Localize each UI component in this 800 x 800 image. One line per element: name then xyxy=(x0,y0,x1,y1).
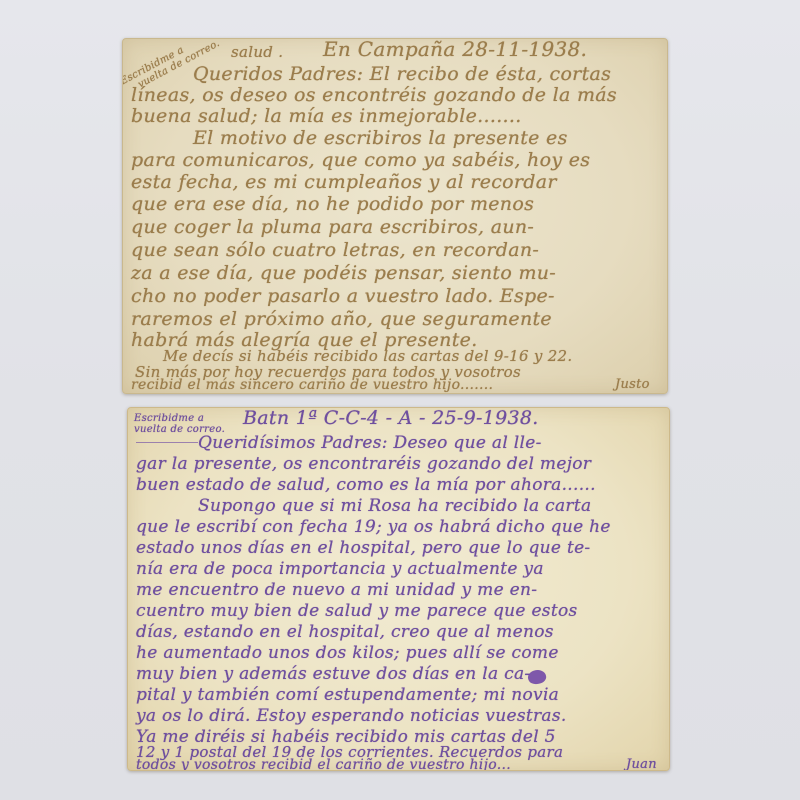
place-date: En Campaña 28-11-1938. xyxy=(323,38,587,61)
letter-line: que le escribí con fecha 19; ya os habrá… xyxy=(136,517,611,537)
letter-line: cuentro muy bien de salud y me parece qu… xyxy=(136,601,578,621)
letter-line: nía era de poca importancia y actualment… xyxy=(136,559,544,579)
letter-line: me encuentro de nuevo a mi unidad y me e… xyxy=(136,580,537,600)
letter-line: El motivo de escribiros la presente es xyxy=(193,127,568,149)
letter-line: buen estado de salud, como es la mía por… xyxy=(136,475,596,495)
postcard-bottom: Escribidme a vuelta de correo. Batn 1ª C… xyxy=(127,407,670,771)
letter-line: que era ese día, no he podido por menos xyxy=(131,193,534,215)
letter-line: ya os lo dirá. Estoy esperando noticias … xyxy=(136,706,567,726)
letter-line: Queridos Padres: El recibo de ésta, cort… xyxy=(193,63,611,85)
letter-line: pital y también comí estupendamente; mi … xyxy=(136,685,559,705)
letter-line: he aumentado unos dos kilos; pues allí s… xyxy=(136,643,559,663)
postcard-top: Escribidme a vuelta de correo. salud . E… xyxy=(122,38,668,394)
letter-line: raremos el próximo año, que seguramente xyxy=(131,308,552,330)
letter-line: gar la presente, os encontraréis gozando… xyxy=(136,454,591,474)
signature: Juan xyxy=(626,757,657,771)
letter-line: todos y vosotros recibid el cariño de vu… xyxy=(136,757,511,771)
letter-line: Supongo que si mi Rosa ha recibido la ca… xyxy=(198,496,591,516)
letter-line: estado unos días en el hospital, pero qu… xyxy=(136,538,590,558)
letter-line: muy bien y además estuve dos días en la … xyxy=(136,664,530,684)
letter-line: buena salud; la mía es inmejorable......… xyxy=(131,105,522,127)
letter-line: recibid el más sincero cariño de vuestro… xyxy=(131,377,493,393)
margin-note-line: Escribidme a xyxy=(134,413,225,424)
letter-line: para comunicaros, que como ya sabéis, ho… xyxy=(131,149,590,171)
photo-background: Escribidme a vuelta de correo. salud . E… xyxy=(0,0,800,800)
letter-line: líneas, os deseo os encontréis gozando d… xyxy=(131,84,617,106)
letter-line: que coger la pluma para escribiros, aun- xyxy=(131,216,534,238)
letter-line: que sean sólo cuatro letras, en recordan… xyxy=(131,239,539,261)
letter-line: za a ese día, que podéis pensar, siento … xyxy=(131,262,556,284)
margin-note: Escribidme a vuelta de correo. xyxy=(134,413,225,435)
signature: Justo xyxy=(615,377,650,392)
letter-line: días, estando en el hospital, creo que a… xyxy=(136,622,554,642)
divider-rule xyxy=(136,442,198,443)
salud-note: salud . xyxy=(231,43,283,61)
letter-line: cho no poder pasarlo a vuestro lado. Esp… xyxy=(131,285,555,307)
letter-line: esta fecha, es mi cumpleaños y al record… xyxy=(131,171,557,193)
letter-line: Queridísimos Padres: Deseo que al lle- xyxy=(198,433,542,453)
place-date: Batn 1ª C-C-4 - A - 25-9-1938. xyxy=(243,407,539,429)
